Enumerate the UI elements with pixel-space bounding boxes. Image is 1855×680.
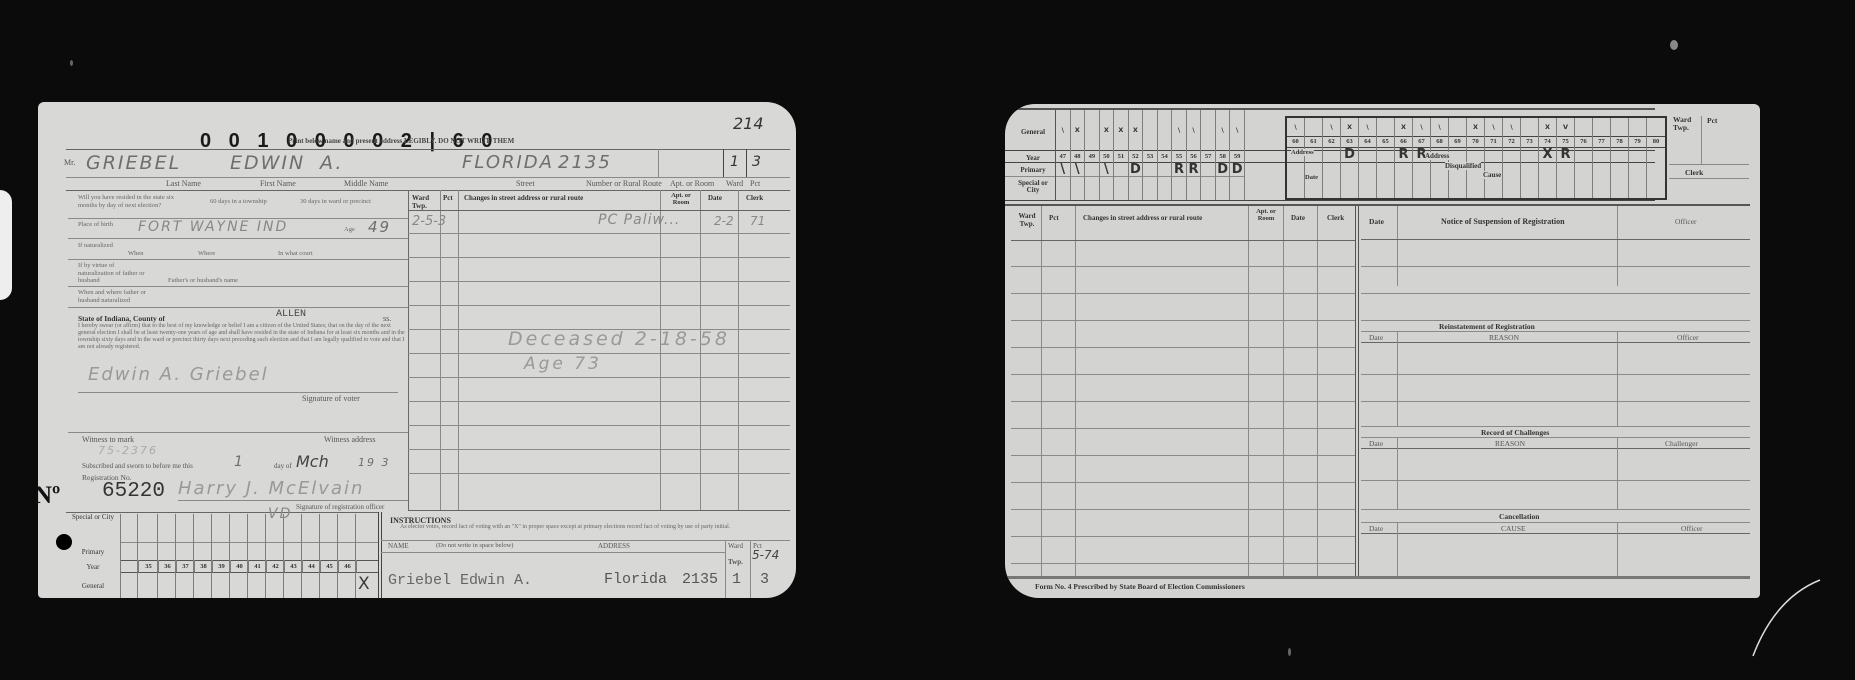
vote-mark: V: [1557, 118, 1575, 136]
grid-label-year: Year: [68, 563, 118, 571]
when-label: When: [128, 250, 144, 258]
day-value: 1: [234, 454, 245, 470]
bottom-typed-pct: 3: [760, 571, 769, 588]
changes-header-clerk: Clerk: [746, 194, 763, 202]
vote-mark: [1143, 110, 1158, 150]
residence-question-3: 30 days in ward or precinct: [300, 198, 390, 206]
where-label: Where: [198, 250, 215, 258]
vote-mark: [1611, 147, 1629, 198]
vote-mark: [1629, 118, 1647, 136]
changes-header-pct: Pct: [443, 194, 453, 202]
vote-mark: X: [1539, 118, 1557, 136]
year-cell: 46: [339, 560, 357, 572]
sub-label-address-2: Address: [1425, 152, 1449, 160]
back-general-row-b: \ \ X \ X \ \ X \ \ X V: [1287, 118, 1665, 136]
last-name-value: GRIEBEL: [86, 152, 181, 174]
day-of-label: day of: [274, 462, 292, 470]
bottom-pct-note: 5-74: [752, 548, 779, 562]
year-cell: 39: [213, 560, 231, 572]
place-of-birth-value: FORT WAYNE IND: [138, 219, 288, 235]
sub-label-cause: Cause: [1483, 171, 1501, 179]
first-name-value: EDWIN: [230, 152, 305, 174]
sub-label-address: Address: [1291, 149, 1314, 156]
bottom-twp-label: Twp.: [728, 558, 743, 566]
street-label: Street: [516, 179, 535, 188]
vote-mark: R: [1557, 147, 1575, 198]
vote-mark: \: [1100, 162, 1115, 200]
vote-mark: [1575, 118, 1593, 136]
number-symbol: Nº: [38, 482, 60, 510]
ss-label: ss.: [383, 314, 391, 323]
cancellation-officer-label: Officer: [1681, 524, 1703, 533]
year-cell: 54: [1158, 150, 1173, 162]
year-cell: 59: [1230, 150, 1245, 162]
change-date-value: 2-2: [714, 214, 734, 228]
back-year-row-b: 60 61 62 63 64 65 66 67 68 69 70 71 72 7…: [1287, 136, 1665, 147]
year-cell: 66: [1395, 136, 1413, 147]
bottom-address-label: ADDRESS: [598, 542, 630, 550]
reinstatement-title: Reinstatement of Registration: [1439, 322, 1535, 331]
back-changes-header-ward: Ward Twp.: [1013, 212, 1041, 228]
vote-mark: [1593, 118, 1611, 136]
year-cell: 78: [1611, 136, 1629, 147]
back-changes-header-pct: Pct: [1049, 214, 1059, 222]
pct-value: 3: [752, 154, 761, 170]
vote-mark: [1143, 162, 1158, 200]
vote-mark: [1377, 118, 1395, 136]
age-label: Age: [344, 226, 355, 234]
year-cell: 56: [1187, 150, 1202, 162]
vote-mark: [1377, 147, 1395, 198]
bullet-hole: [56, 534, 72, 550]
year-cell: 50: [1100, 150, 1115, 162]
scan-speck: [1288, 648, 1291, 656]
subscribed-label: Subscribed and sworn to before me this: [82, 462, 193, 470]
place-of-birth-label: Place of birth: [78, 221, 118, 229]
reinstatement-officer-label: Officer: [1677, 333, 1699, 342]
pct-label: Pct: [750, 179, 760, 188]
year-cell: 80: [1647, 136, 1665, 147]
registration-card-front: 0 0 1 0 0 0 0 2 | 6 0 Print below name a…: [38, 102, 796, 598]
salutation: Mr.: [64, 158, 75, 167]
vote-mark: \: [1216, 110, 1231, 150]
vote-mark: R: [1187, 162, 1202, 200]
residence-question-1: Will you have resided in the state six m…: [78, 194, 183, 209]
vote-mark: R: [1172, 162, 1187, 200]
vote-mark: \: [1172, 110, 1187, 150]
year-cell: 77: [1593, 136, 1611, 147]
year-cell: 75: [1557, 136, 1575, 147]
year-cell: 51: [1114, 150, 1129, 162]
vote-mark: \: [1187, 110, 1202, 150]
year-cell: 52: [1129, 150, 1144, 162]
year-cell: 48: [1071, 150, 1086, 162]
back-changes-header-clerk: Clerk: [1327, 214, 1344, 222]
oath-state-label: State of Indiana, County of: [78, 314, 165, 323]
bottom-typed-number: 2135: [682, 571, 718, 588]
year-cell: 64: [1359, 136, 1377, 147]
bottom-name-label: NAME: [388, 542, 409, 550]
year-cell: 65: [1377, 136, 1395, 147]
year-cell: 74: [1539, 136, 1557, 147]
challenges-challenger-label: Challenger: [1665, 439, 1698, 448]
year-cell: 79: [1629, 136, 1647, 147]
vote-mark: [1521, 147, 1539, 198]
back-changes-header-address: Changes in street address or rural route: [1083, 214, 1202, 222]
change-address-value: PC Paliw...: [598, 212, 680, 228]
officer-signature-label: Signature of registration officer: [296, 503, 384, 511]
bottom-typed-street: Florida: [604, 571, 667, 588]
scan-edge: [0, 190, 12, 300]
vote-mark: [1201, 110, 1216, 150]
vote-mark: X: [1100, 110, 1115, 150]
challenges-title: Record of Challenges: [1481, 428, 1549, 437]
year-cell: 45: [321, 560, 339, 572]
vote-mark: [1085, 110, 1100, 150]
vote-mark: \: [1359, 118, 1377, 136]
scan-speck: [1670, 40, 1678, 50]
registration-card-back: General Year Primary Special or City 47 …: [1005, 104, 1760, 598]
sub-label-date: Date: [1305, 174, 1318, 181]
vote-mark: X: [1114, 110, 1129, 150]
vote-mark: \: [1056, 162, 1071, 200]
back-general-row-a: \ X X X X \ \ \ \: [1055, 110, 1245, 150]
change-ward-value: 2-5-3: [412, 214, 446, 229]
back-grid-label-year: Year: [1011, 154, 1055, 162]
witness-value: 75-2376: [98, 444, 158, 457]
year-cell: 67: [1413, 136, 1431, 147]
year-cell: 71: [1485, 136, 1503, 147]
back-grid-label-primary: Primary: [1011, 166, 1055, 174]
court-label: In what court: [278, 250, 313, 258]
age-value: 49: [368, 218, 391, 236]
sub-label-disqualified: Disqualified: [1445, 162, 1481, 170]
change-clerk-value: 71: [750, 214, 765, 228]
back-grid-label-general: General: [1011, 128, 1055, 136]
reinstatement-date-label: Date: [1369, 333, 1383, 342]
corner-clerk-label: Clerk: [1685, 168, 1703, 177]
year-cell: 41: [249, 560, 267, 572]
vote-mark: X: [1539, 147, 1557, 198]
challenges-date-label: Date: [1369, 439, 1383, 448]
vote-mark: R: [1395, 147, 1413, 198]
oath-text: I hereby swear (or affirm) that to the b…: [78, 323, 408, 351]
year-value: 19 3: [358, 456, 391, 469]
year-cell: 63: [1341, 136, 1359, 147]
bottom-no-write-label: (Do not write in space below): [436, 542, 513, 549]
month-value: Mch: [296, 452, 329, 471]
age-note: Age 73: [524, 354, 602, 374]
vote-mark: [1503, 147, 1521, 198]
vote-mark: \: [1056, 110, 1071, 150]
residence-question-2: 60 days in a township: [210, 198, 290, 206]
apt-label: Apt. or Room: [670, 179, 714, 188]
vote-mark: [1647, 118, 1665, 136]
vote-mark: [1449, 147, 1467, 198]
corner-pct-label: Pct: [1707, 116, 1717, 125]
vote-mark: X: [1129, 110, 1144, 150]
year-cell: 36: [159, 560, 177, 572]
vote-mark: X: [1341, 118, 1359, 136]
year-cell: 60: [1287, 136, 1305, 147]
front-year-row: 35 36 37 38 39 40 41 42 43 44 45 46: [120, 560, 378, 572]
vote-mark: [1575, 147, 1593, 198]
vote-mark: [1158, 110, 1173, 150]
back-changes-header-apt: Apt. or Room: [1251, 208, 1281, 222]
general-vote-mark: X: [358, 574, 370, 594]
vote-mark: D: [1341, 147, 1359, 198]
corner-number: 214: [733, 114, 764, 133]
vote-mark: D: [1216, 162, 1231, 200]
challenges-reason-label: REASON: [1495, 439, 1525, 448]
vote-mark: D: [1129, 162, 1144, 200]
county-value: ALLEN: [276, 309, 306, 320]
registration-number: 65220: [102, 480, 165, 503]
suspension-officer-label: Officer: [1675, 217, 1697, 226]
voter-signature-label: Signature of voter: [302, 394, 360, 403]
vote-mark: [1305, 118, 1323, 136]
cancellation-date-label: Date: [1369, 524, 1383, 533]
vote-mark: \: [1230, 110, 1245, 150]
back-primary-row-b: D R R X R: [1287, 147, 1665, 198]
year-cell: 72: [1503, 136, 1521, 147]
vote-mark: \: [1287, 118, 1305, 136]
vote-mark: [1449, 118, 1467, 136]
changes-header-apt: Apt. or Room: [664, 192, 698, 206]
vote-mark: [1521, 118, 1539, 136]
year-cell: 35: [139, 560, 159, 572]
reinstatement-reason-label: REASON: [1489, 333, 1519, 342]
year-cell: 43: [285, 560, 303, 572]
changes-header-ward: Ward Twp.: [412, 194, 438, 210]
vote-mark: X: [1395, 118, 1413, 136]
bottom-ward-label: Ward: [728, 542, 743, 550]
bottom-typed-ward: 1: [732, 571, 741, 588]
year-cell: 44: [303, 560, 321, 572]
vote-mark: [1629, 147, 1647, 198]
scan-speck: [70, 60, 73, 66]
year-cell: 68: [1431, 136, 1449, 147]
vote-mark: \: [1431, 118, 1449, 136]
scan-artifact-curve: [1745, 578, 1825, 658]
year-cell: 49: [1085, 150, 1100, 162]
year-cell: 53: [1143, 150, 1158, 162]
first-name-label: First Name: [260, 179, 296, 188]
deceased-note: Deceased 2-18-58: [508, 328, 730, 350]
cancellation-cause-label: CAUSE: [1501, 524, 1526, 533]
back-grid-label-special: Special or City: [1011, 180, 1055, 194]
parent-naturalization-label: If by virtue of naturalization of father…: [78, 262, 148, 285]
year-cell: 70: [1467, 136, 1485, 147]
vote-mark: [1323, 147, 1341, 198]
suspension-title: Notice of Suspension of Registration: [1441, 217, 1565, 226]
number-label: Number or Rural Route: [586, 179, 662, 188]
vote-mark: \: [1071, 162, 1086, 200]
vote-mark: \: [1323, 118, 1341, 136]
cancellation-title: Cancellation: [1499, 512, 1539, 521]
year-cell: 69: [1449, 136, 1467, 147]
suspension-date-label: Date: [1369, 217, 1384, 226]
year-cell: 57: [1201, 150, 1216, 162]
when-where-label: When and where father or husband natural…: [78, 289, 168, 304]
year-cell: 76: [1575, 136, 1593, 147]
changes-header-date: Date: [708, 194, 722, 202]
naturalized-label: If naturalized: [78, 242, 118, 250]
street-value: FLORIDA: [462, 152, 554, 173]
header-instruction: Print below name and present address LEG…: [288, 137, 514, 145]
last-name-label: Last Name: [166, 179, 201, 188]
witness-address-label: Witness address: [324, 435, 375, 444]
vote-mark: [1158, 162, 1173, 200]
front-grid-columns: [120, 514, 378, 598]
grid-label-general: General: [68, 582, 118, 590]
year-cell: 61: [1305, 136, 1323, 147]
witness-label: Witness to mark: [82, 435, 134, 444]
ward-label: Ward: [726, 179, 743, 188]
vote-mark: \: [1503, 118, 1521, 136]
year-cell: 40: [231, 560, 249, 572]
year-cell: 42: [267, 560, 285, 572]
vote-mark: [1114, 162, 1129, 200]
officer-signature: Harry J. McElvain: [178, 478, 364, 499]
vote-mark: \: [1485, 118, 1503, 136]
corner-ward-label: Ward Twp.: [1673, 116, 1697, 132]
year-cell: 47: [1056, 150, 1071, 162]
year-cell: 73: [1521, 136, 1539, 147]
vote-mark: X: [1467, 118, 1485, 136]
vote-mark: \: [1413, 118, 1431, 136]
year-cell: 55: [1172, 150, 1187, 162]
vote-mark: [1593, 147, 1611, 198]
year-cell: 58: [1216, 150, 1231, 162]
middle-name-value: A.: [320, 152, 343, 174]
number-value: 2135: [558, 152, 612, 173]
bottom-typed-name: Griebel Edwin A.: [388, 572, 532, 589]
vote-mark: [1201, 162, 1216, 200]
ward-value: 1: [730, 154, 739, 170]
grid-label-special: Special or City: [68, 514, 118, 521]
form-footer: Form No. 4 Prescribed by State Board of …: [1035, 582, 1245, 591]
grid-label-primary: Primary: [68, 548, 118, 556]
grid-handwritten-note: VD: [268, 506, 292, 522]
year-cell: 62: [1323, 136, 1341, 147]
year-cell: 37: [177, 560, 195, 572]
vote-mark: [1611, 118, 1629, 136]
middle-name-label: Middle Name: [344, 179, 388, 188]
vote-mark: D: [1230, 162, 1245, 200]
back-primary-row-a: \ \ \ D R R D D: [1055, 162, 1245, 200]
vote-mark: [1085, 162, 1100, 200]
instructions-text: As elector votes, record fact of voting …: [400, 524, 780, 531]
year-cell: 38: [195, 560, 213, 572]
vote-mark: [1359, 147, 1377, 198]
back-changes-header-date: Date: [1291, 214, 1305, 222]
voter-signature: Edwin A. Griebel: [88, 364, 269, 385]
vote-mark: [1647, 147, 1665, 198]
back-year-row-a: 47 48 49 50 51 52 53 54 55 56 57 58 59: [1055, 150, 1245, 162]
fathers-name-label: Father's or husband's name: [168, 277, 238, 285]
vote-mark: X: [1071, 110, 1086, 150]
changes-header-address: Changes in street address or rural route: [464, 194, 583, 202]
